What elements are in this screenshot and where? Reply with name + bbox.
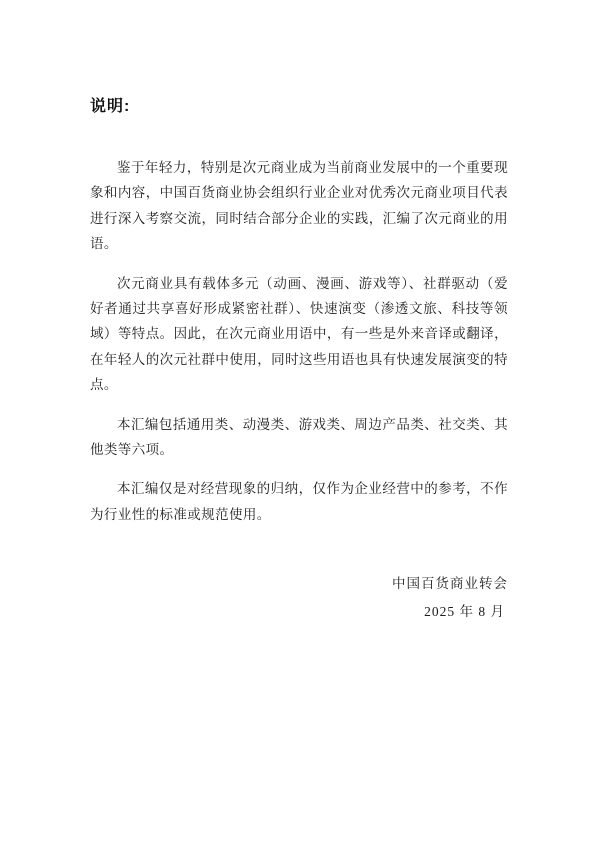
document-page: 说明: 鉴于年轻力，特别是次元商业成为当前商业发展中的一个重要现象和内容，中国百…	[0, 0, 595, 841]
paragraph-intro: 鉴于年轻力，特别是次元商业成为当前商业发展中的一个重要现象和内容，中国百货商业协…	[90, 155, 508, 257]
signature-date: 2025 年 8 月	[90, 599, 508, 624]
paragraph-disclaimer: 本汇编仅是对经营现象的归纳，仅作为企业经营中的参考，不作为行业性的标准或规范使用…	[90, 476, 508, 527]
paragraph-characteristics: 次元商业具有载体多元（动画、漫画、游戏等）、社群驱动（爱好者通过共享喜好形成紧密…	[90, 271, 508, 398]
page-title: 说明:	[90, 95, 508, 119]
signature-org: 中国百货商业转会	[90, 571, 508, 596]
signature-block: 中国百货商业转会 2025 年 8 月	[90, 571, 508, 624]
document-content: 说明: 鉴于年轻力，特别是次元商业成为当前商业发展中的一个重要现象和内容，中国百…	[90, 95, 508, 624]
paragraph-categories: 本汇编包括通用类、动漫类、游戏类、周边产品类、社交类、其他类等六项。	[90, 412, 508, 463]
